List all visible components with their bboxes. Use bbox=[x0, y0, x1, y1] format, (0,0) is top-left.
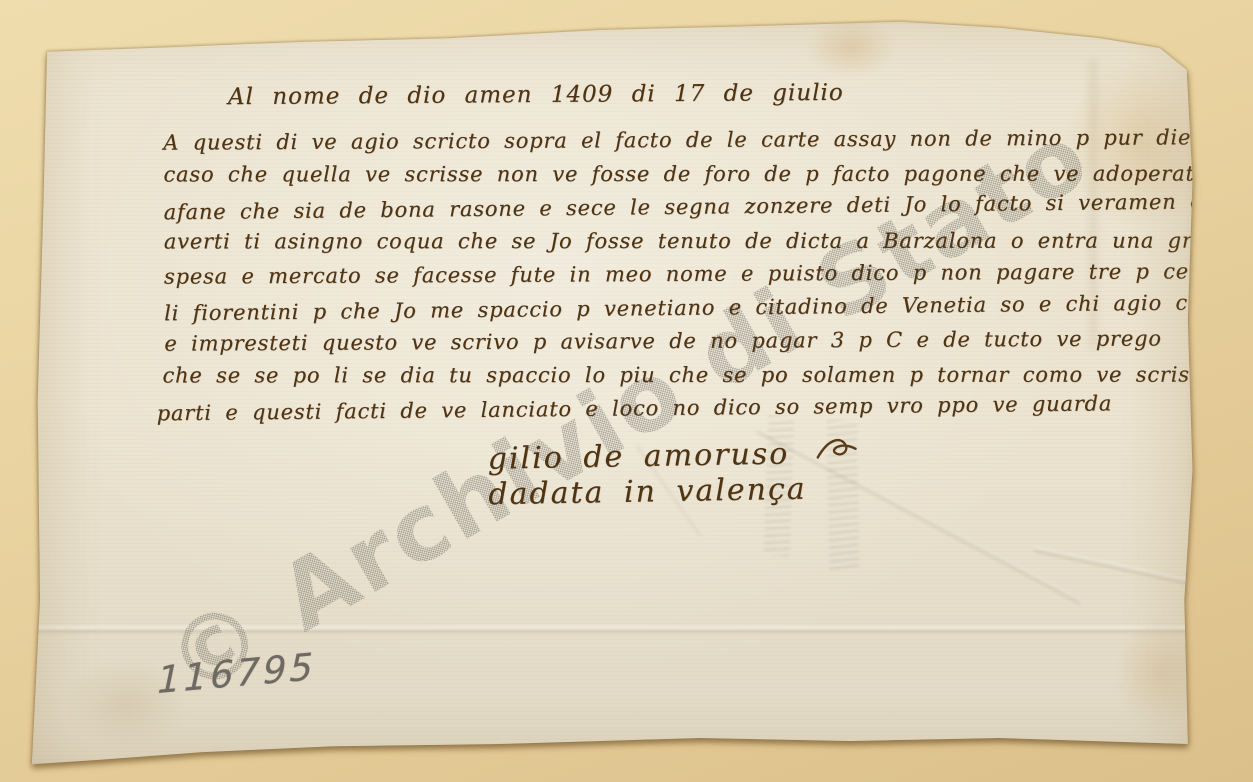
signature-place: dadata in valença bbox=[488, 471, 858, 513]
paper-shadow: © Archivio di Stato Al nome de dio amen … bbox=[0, 0, 1253, 782]
manuscript-line: caso che quella ve scrisse non ve fosse … bbox=[163, 157, 1173, 191]
letter-date-heading: Al nome de dio amen 1409 di 17 de giulio bbox=[228, 80, 844, 110]
letter-body: A questi di ve agio scricto sopra el fac… bbox=[163, 121, 1175, 428]
signature-flourish-icon bbox=[815, 435, 858, 475]
manuscript-paper: © Archivio di Stato Al nome de dio amen … bbox=[26, 18, 1196, 768]
manuscript-line: afane che sia de bona rasone e sece le s… bbox=[164, 186, 1174, 230]
signature-block: gilio de amoruso dadata in valença bbox=[487, 435, 858, 513]
scan-background: © Archivio di Stato Al nome de dio amen … bbox=[0, 0, 1253, 782]
diagonal-crease bbox=[1033, 546, 1196, 588]
foxing-stain bbox=[1116, 618, 1196, 728]
manuscript-line: parti e questi facti de ve lanciato e lo… bbox=[157, 387, 1175, 431]
foxing-stain bbox=[806, 18, 896, 78]
manuscript-line: A questi di ve agio scricto sopra el fac… bbox=[163, 121, 1173, 160]
manuscript-line: averti ti asingno coqua che se Jo fosse … bbox=[164, 224, 1174, 258]
